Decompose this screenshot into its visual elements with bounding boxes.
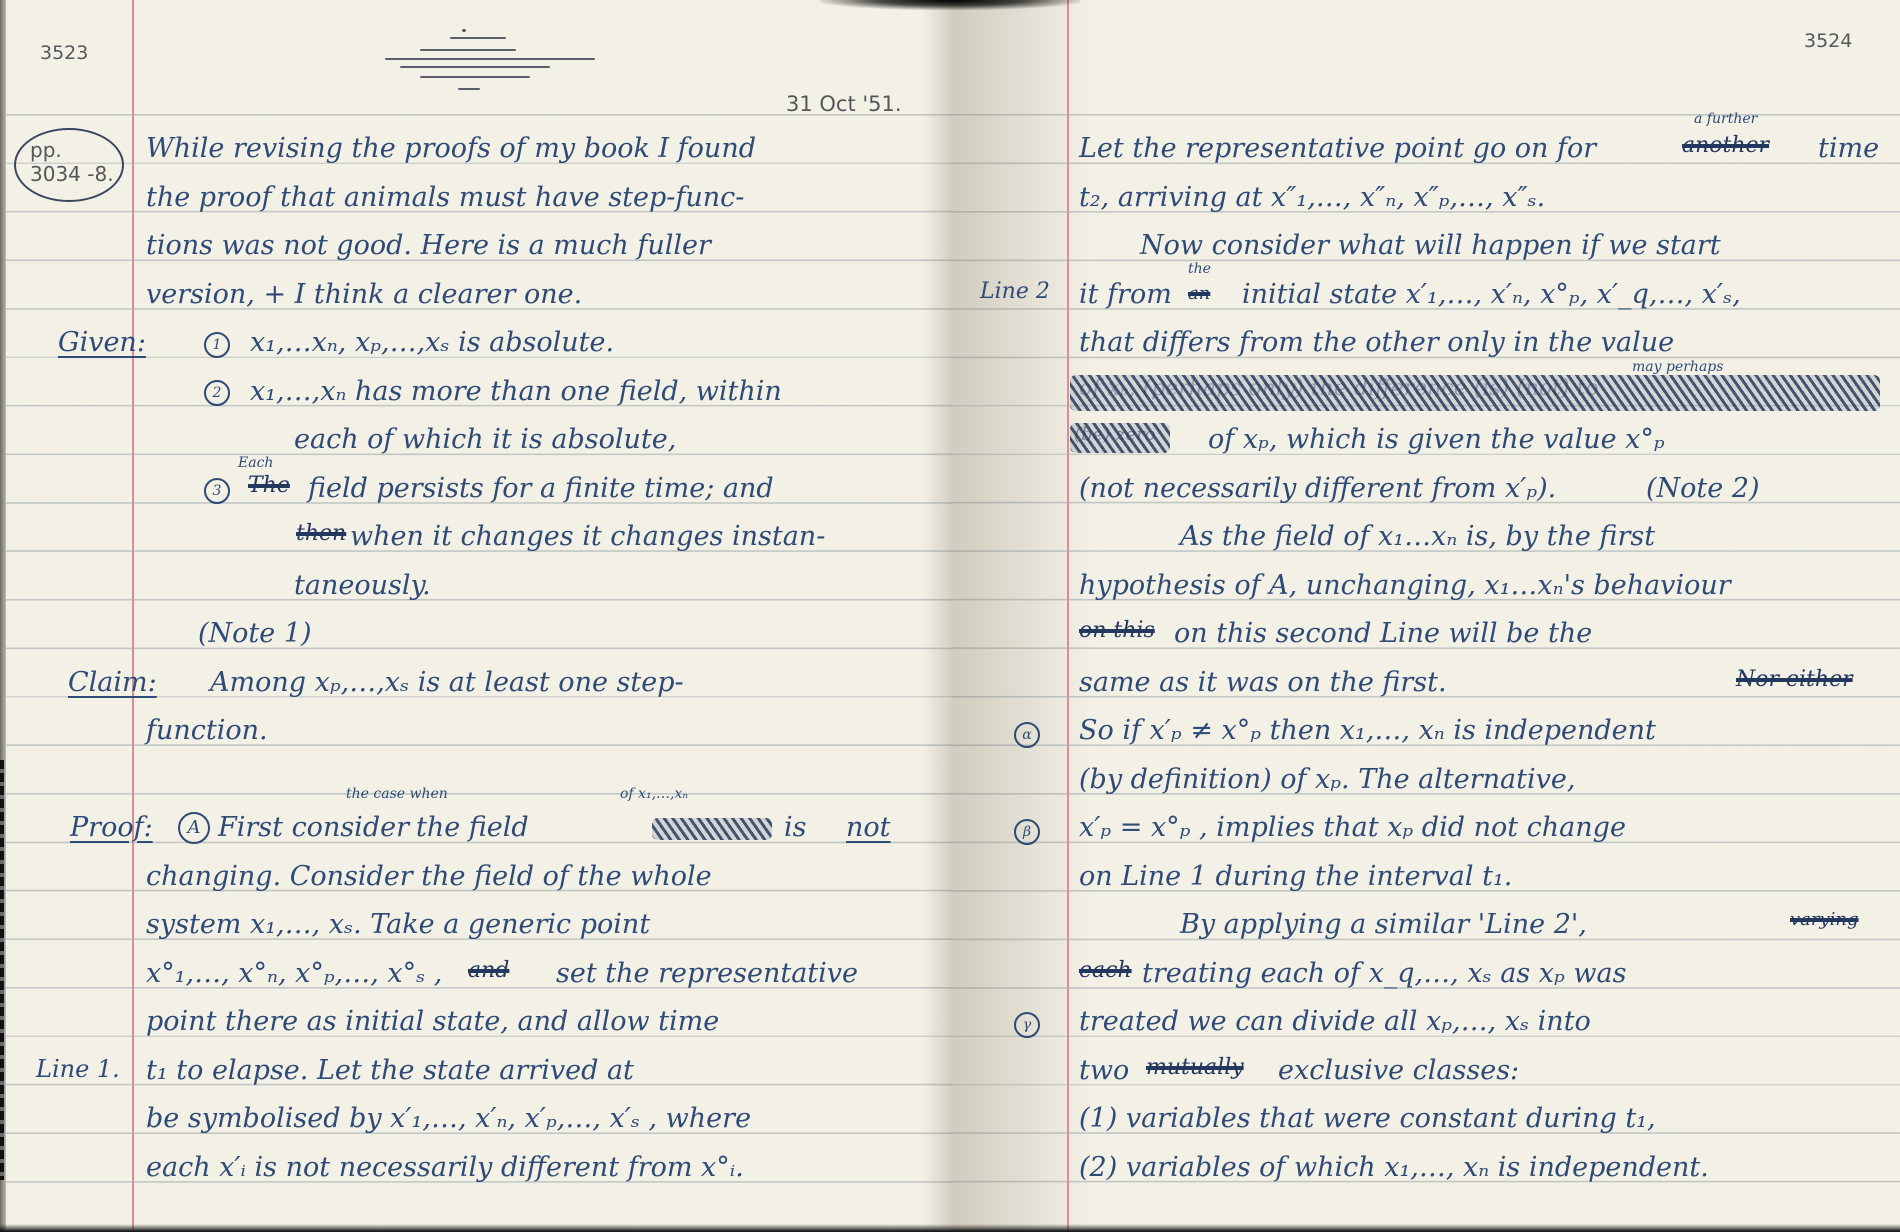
text-line-14: (by definition) of xₚ. The alternative, bbox=[1079, 766, 1575, 793]
margin-rule bbox=[132, 0, 134, 1232]
text-line-2: t₂, arriving at x″₁,…, x″ₙ, x″ₚ,…, x″ₛ. bbox=[1079, 184, 1545, 211]
text-line-3: Now consider what will happen if we star… bbox=[1140, 232, 1721, 259]
proof-line-4: set the representative bbox=[556, 960, 858, 987]
text-line-2: the proof that animals must have step-fu… bbox=[146, 184, 744, 211]
marker-alpha: α bbox=[1014, 722, 1040, 748]
given-item-3-cont: when it changes it changes instan- bbox=[350, 523, 825, 550]
proof-marker-a: A bbox=[178, 812, 210, 844]
text-line-18-struck: each bbox=[1079, 960, 1132, 982]
proof-point-struck: and bbox=[468, 960, 509, 982]
text-line-4b: initial state x′₁,…, x′ₙ, x°ₚ, x′_q,…, x… bbox=[1242, 281, 1741, 308]
text-line-4-insert: the bbox=[1188, 262, 1211, 276]
text-line-11-struck: on this bbox=[1079, 620, 1155, 642]
text-line-12: same as it was on the first. bbox=[1079, 669, 1447, 696]
text-line-1-after: time bbox=[1818, 135, 1879, 162]
text-line-6-struck: of xₚ, (perhaps only) the difference (is… bbox=[1079, 378, 1599, 400]
left-page: 3523 31 Oct '51. pp. 3034 -8. While revi… bbox=[0, 0, 952, 1232]
text-line-10: hypothesis of A, unchanging, x₁…xₙ's beh… bbox=[1079, 572, 1731, 599]
insert-a-further: a further bbox=[1694, 112, 1757, 126]
text-line-1: While revising the proofs of my book I f… bbox=[146, 135, 756, 162]
text-line-16: on Line 1 during the interval t₁. bbox=[1079, 863, 1512, 890]
text-line-20-struck: mutually bbox=[1146, 1057, 1244, 1079]
text-line-17-struck: varying bbox=[1790, 911, 1859, 929]
given-item-3-marker: 3 bbox=[204, 478, 230, 504]
given-item-3-insert: Each bbox=[238, 456, 273, 470]
text-line-1: Let the representative point go on for bbox=[1079, 135, 1596, 162]
given-item-1: x₁,…xₙ, xₚ,…,xₛ is absolute. bbox=[250, 329, 614, 356]
text-line-22: (2) variables of which x₁,…, xₙ is indep… bbox=[1079, 1154, 1709, 1181]
proof-insert-case-when: the case when bbox=[346, 787, 448, 801]
margin-rule bbox=[1067, 0, 1069, 1232]
given-item-3-struck: The bbox=[248, 475, 290, 497]
bottom-edge-shadow bbox=[0, 1224, 1900, 1232]
proof-line-3: system x₁,…, xₛ. Take a generic point bbox=[146, 911, 650, 938]
text-line-15: x′ₚ = x°ₚ , implies that xₚ did not chan… bbox=[1079, 814, 1626, 841]
proof-line-1-emph: not bbox=[846, 814, 891, 841]
text-line-5: that differs from the other only in the … bbox=[1079, 329, 1674, 356]
claim-cont: function. bbox=[146, 717, 268, 744]
entry-date: 31 Oct '51. bbox=[786, 94, 902, 115]
margin-label-line-2: Line 2 bbox=[980, 281, 1050, 303]
text-line-4: version, + I think a clearer one. bbox=[146, 281, 582, 308]
text-line-20b: exclusive classes: bbox=[1278, 1057, 1519, 1084]
given-label: Given: bbox=[58, 329, 146, 356]
proof-line-1b: the field bbox=[416, 814, 529, 841]
text-line-6-insert: may perhaps bbox=[1632, 360, 1723, 374]
given-item-3: field persists for a finite time; and bbox=[308, 475, 774, 502]
claim-label: Claim: bbox=[68, 669, 157, 696]
text-line-7-struck: (be) zero bbox=[1074, 426, 1156, 444]
proof-insert-of-x: of x₁,…,xₙ bbox=[620, 787, 688, 801]
marker-gamma: γ bbox=[1014, 1012, 1040, 1038]
spine-top-shadow bbox=[820, 0, 1080, 10]
proof-label: Proof: bbox=[70, 814, 153, 841]
marker-beta: β bbox=[1014, 819, 1040, 845]
binding-stitches bbox=[0, 760, 4, 1180]
right-page: 3524 a further Let the representative po… bbox=[952, 0, 1900, 1232]
proof-line-6: t₁ to elapse. Let the state arrived at bbox=[146, 1057, 634, 1084]
proof-line-1c: is bbox=[784, 814, 807, 841]
text-line-9: As the field of x₁…xₙ is, by the first bbox=[1180, 523, 1655, 550]
text-line-17: By applying a similar 'Line 2', bbox=[1180, 911, 1587, 938]
proof-line-2: changing. Consider the field of the whol… bbox=[146, 863, 712, 890]
spine-shadow bbox=[952, 0, 1092, 1232]
text-line-19: treated we can divide all xₚ,…, xₛ into bbox=[1079, 1008, 1591, 1035]
proof-line-5: point there as initial state, and allow … bbox=[146, 1008, 719, 1035]
proof-line-7: be symbolised by x′₁,…, x′ₙ, x′ₚ,…, x′ₛ … bbox=[146, 1105, 751, 1132]
top-margin-band bbox=[952, 0, 1900, 114]
proof-line-8: each x′ᵢ is not necessarily different fr… bbox=[146, 1154, 744, 1181]
claim-text: Among xₚ,…,xₛ is at least one step- bbox=[210, 669, 684, 696]
text-line-20a: two bbox=[1079, 1057, 1129, 1084]
text-line-4-struck: an bbox=[1188, 285, 1210, 303]
text-line-8: (not necessarily different from x′ₚ). bbox=[1079, 475, 1556, 502]
text-line-12-struck: Nor either bbox=[1736, 669, 1853, 691]
page-number: 3524 bbox=[1804, 32, 1852, 51]
notebook-spread: 3523 31 Oct '51. pp. 3034 -8. While revi… bbox=[0, 0, 1900, 1232]
note-2: (Note 2) bbox=[1646, 475, 1760, 502]
margin-label-line-1: Line 1. bbox=[36, 1057, 120, 1081]
text-line-3: tions was not good. Here is a much fulle… bbox=[146, 232, 711, 259]
given-item-2: x₁,…,xₙ has more than one field, within bbox=[250, 378, 782, 405]
text-line-13: So if x′ₚ ≠ x°ₚ then x₁,…, xₙ is indepen… bbox=[1079, 717, 1656, 744]
given-note: (Note 1) bbox=[198, 620, 312, 647]
given-item-2-marker: 2 bbox=[204, 380, 230, 406]
text-line-1-struck: another bbox=[1682, 135, 1769, 157]
given-item-3-cont2: taneously. bbox=[294, 572, 431, 599]
proof-line-1a: First consider bbox=[218, 814, 409, 841]
given-item-3-cont-struck: then bbox=[296, 523, 346, 545]
given-item-1-marker: 1 bbox=[204, 332, 230, 358]
page-number: 3523 bbox=[40, 44, 88, 63]
text-line-7: of xₚ, which is given the value x°ₚ bbox=[1208, 426, 1665, 453]
proof-point-vars: x°₁,…, x°ₙ, x°ₚ,…, x°ₛ , bbox=[146, 960, 442, 987]
text-line-18: treating each of x_q,…, xₛ as xₚ was bbox=[1142, 960, 1626, 987]
text-line-11: on this second Line will be the bbox=[1174, 620, 1592, 647]
cross-reference: pp. 3034 -8. bbox=[30, 138, 116, 186]
text-line-21: (1) variables that were constant during … bbox=[1079, 1105, 1656, 1132]
scribbled-out-word bbox=[652, 818, 772, 840]
text-line-4a: it from bbox=[1079, 281, 1172, 308]
spine-shadow bbox=[922, 0, 952, 1232]
given-item-2-cont: each of which it is absolute, bbox=[294, 426, 676, 453]
